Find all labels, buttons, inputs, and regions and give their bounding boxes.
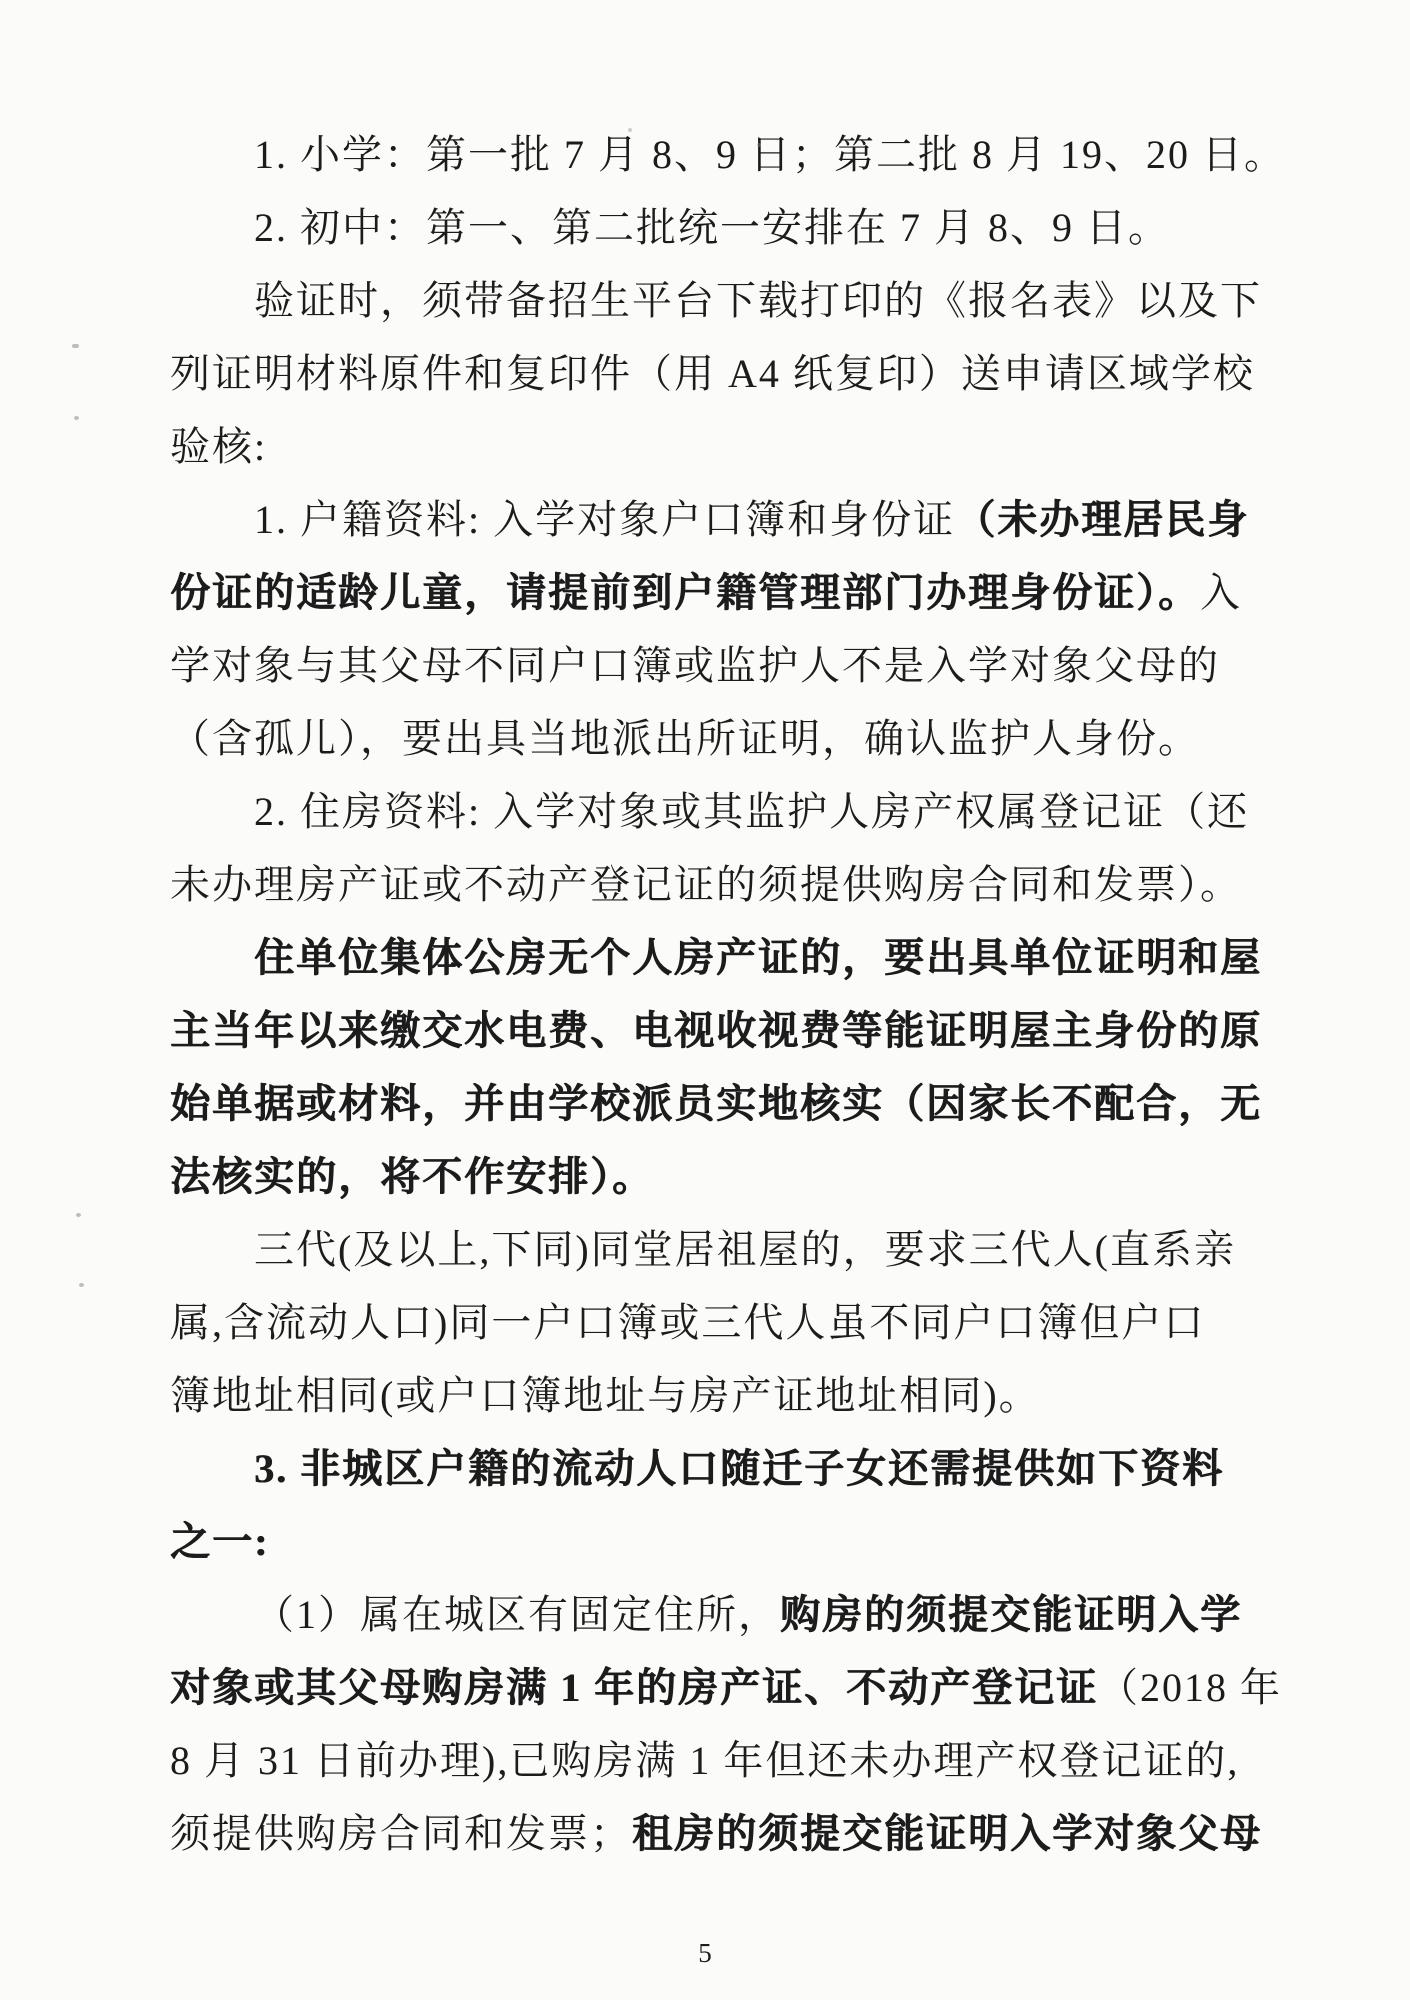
text-segment: 2. 初中：第一、第二批统一安排在 7 月 8、9 日。	[254, 205, 1170, 250]
text-line: 须提供购房合同和发票；租房的须提交能证明入学对象父母	[170, 1797, 1250, 1870]
text-segment: 入	[1200, 570, 1242, 615]
text-segment: 学对象与其父母不同户口簿或监护人不是入学对象父母的	[170, 643, 1220, 688]
text-line: 1. 户籍资料: 入学对象户口簿和身份证（未办理居民身	[170, 483, 1250, 556]
bold-text-segment: 之一:	[170, 1519, 269, 1564]
text-segment: 簿地址相同(或户口簿地址与房产证地址相同)。	[170, 1373, 1041, 1418]
bold-text-segment: 住单位集体公房无个人房产证的，要出具单位证明和屋	[254, 935, 1262, 980]
bold-text-segment: 法核实的，将不作安排）。	[170, 1154, 654, 1199]
text-segment: 属,含流动人口)同一户口簿或三代人虽不同户口簿但户口	[170, 1300, 1205, 1345]
bold-text-segment: 始单据或材料，并由学校派员实地核实（因家长不配合，无	[170, 1081, 1262, 1126]
scan-speck	[74, 416, 79, 420]
text-line: （含孤儿），要出具当地派出所证明，确认监护人身份。	[170, 702, 1250, 775]
text-line: 列证明材料原件和复印件（用 A4 纸复印）送申请区域学校	[170, 337, 1250, 410]
text-line: （1）属在城区有固定住所，购房的须提交能证明入学	[170, 1578, 1250, 1651]
text-segment: （含孤儿），要出具当地派出所证明，确认监护人身份。	[170, 716, 1200, 761]
bold-text-segment: （未办理居民身	[955, 497, 1249, 542]
text-line: 份证的适龄儿童，请提前到户籍管理部门办理身份证）。入	[170, 556, 1250, 629]
scan-speck	[628, 128, 632, 132]
page-number: 5	[0, 1938, 1410, 1969]
scan-speck	[757, 143, 761, 147]
text-line: 验证时，须带备招生平台下载打印的《报名表》以及下	[170, 264, 1250, 337]
text-line: 3. 非城区户籍的流动人口随迁子女还需提供如下资料	[170, 1432, 1250, 1505]
scan-speck	[76, 1213, 81, 1217]
text-line: 未办理房产证或不动产登记证的须提供购房合同和发票）。	[170, 848, 1250, 921]
text-line: 法核实的，将不作安排）。	[170, 1140, 1250, 1213]
text-line: 簿地址相同(或户口簿地址与房产证地址相同)。	[170, 1359, 1250, 1432]
text-line: 验核:	[170, 410, 1250, 483]
text-line: 始单据或材料，并由学校派员实地核实（因家长不配合，无	[170, 1067, 1250, 1140]
text-line: 对象或其父母购房满 1 年的房产证、不动产登记证（2018 年	[170, 1651, 1250, 1724]
bold-text-segment: 3. 非城区户籍的流动人口随迁子女还需提供如下资料	[254, 1446, 1224, 1491]
text-line: 2. 初中：第一、第二批统一安排在 7 月 8、9 日。	[170, 191, 1250, 264]
bold-text-segment: 主当年以来缴交水电费、电视收视费等能证明屋主身份的原	[170, 1008, 1262, 1053]
text-segment: 验证时，须带备招生平台下载打印的《报名表》以及下	[254, 278, 1262, 323]
text-segment: 列证明材料原件和复印件（用 A4 纸复印）送申请区域学校	[170, 351, 1255, 396]
text-line: 之一:	[170, 1505, 1250, 1578]
text-segment: （1）属在城区有固定住所，	[254, 1592, 780, 1637]
text-line: 住单位集体公房无个人房产证的，要出具单位证明和屋	[170, 921, 1250, 994]
text-segment: 2. 住房资料: 入学对象或其监护人房产权属登记证（还	[254, 789, 1249, 834]
text-line: 8 月 31 日前办理),已购房满 1 年但还未办理产权登记证的,	[170, 1724, 1250, 1797]
text-line: 1. 小学：第一批 7 月 8、9 日；第二批 8 月 19、20 日。	[170, 118, 1250, 191]
text-segment: 1. 小学：第一批 7 月 8、9 日；第二批 8 月 19、20 日。	[254, 132, 1286, 177]
scan-speck	[72, 344, 79, 348]
text-segment: 1. 户籍资料: 入学对象户口簿和身份证	[254, 497, 955, 542]
text-segment: 未办理房产证或不动产登记证的须提供购房合同和发票）。	[170, 862, 1242, 907]
text-line: 学对象与其父母不同户口簿或监护人不是入学对象父母的	[170, 629, 1250, 702]
text-segment: 8 月 31 日前办理),已购房满 1 年但还未办理产权登记证的,	[170, 1738, 1239, 1783]
text-segment: 验核:	[170, 424, 267, 469]
scan-speck	[79, 1283, 84, 1287]
bold-text-segment: 租房的须提交能证明入学对象父母	[632, 1811, 1262, 1856]
text-segment: 三代(及以上,下同)同堂居祖屋的，要求三代人(直系亲	[254, 1227, 1236, 1272]
text-line: 三代(及以上,下同)同堂居祖屋的，要求三代人(直系亲	[170, 1213, 1250, 1286]
scanned-document-page: 1. 小学：第一批 7 月 8、9 日；第二批 8 月 19、20 日。2. 初…	[0, 0, 1410, 2000]
text-line: 属,含流动人口)同一户口簿或三代人虽不同户口簿但户口	[170, 1286, 1250, 1359]
text-segment: 须提供购房合同和发票；	[170, 1811, 632, 1856]
bold-text-segment: 购房的须提交能证明入学	[780, 1592, 1242, 1637]
text-line: 2. 住房资料: 入学对象或其监护人房产权属登记证（还	[170, 775, 1250, 848]
text-line: 主当年以来缴交水电费、电视收视费等能证明屋主身份的原	[170, 994, 1250, 1067]
text-segment: （2018 年	[1098, 1665, 1282, 1710]
bold-text-segment: 对象或其父母购房满 1 年的房产证、不动产登记证	[170, 1665, 1098, 1710]
document-body: 1. 小学：第一批 7 月 8、9 日；第二批 8 月 19、20 日。2. 初…	[170, 118, 1250, 1870]
bold-text-segment: 份证的适龄儿童，请提前到户籍管理部门办理身份证）。	[170, 570, 1200, 615]
